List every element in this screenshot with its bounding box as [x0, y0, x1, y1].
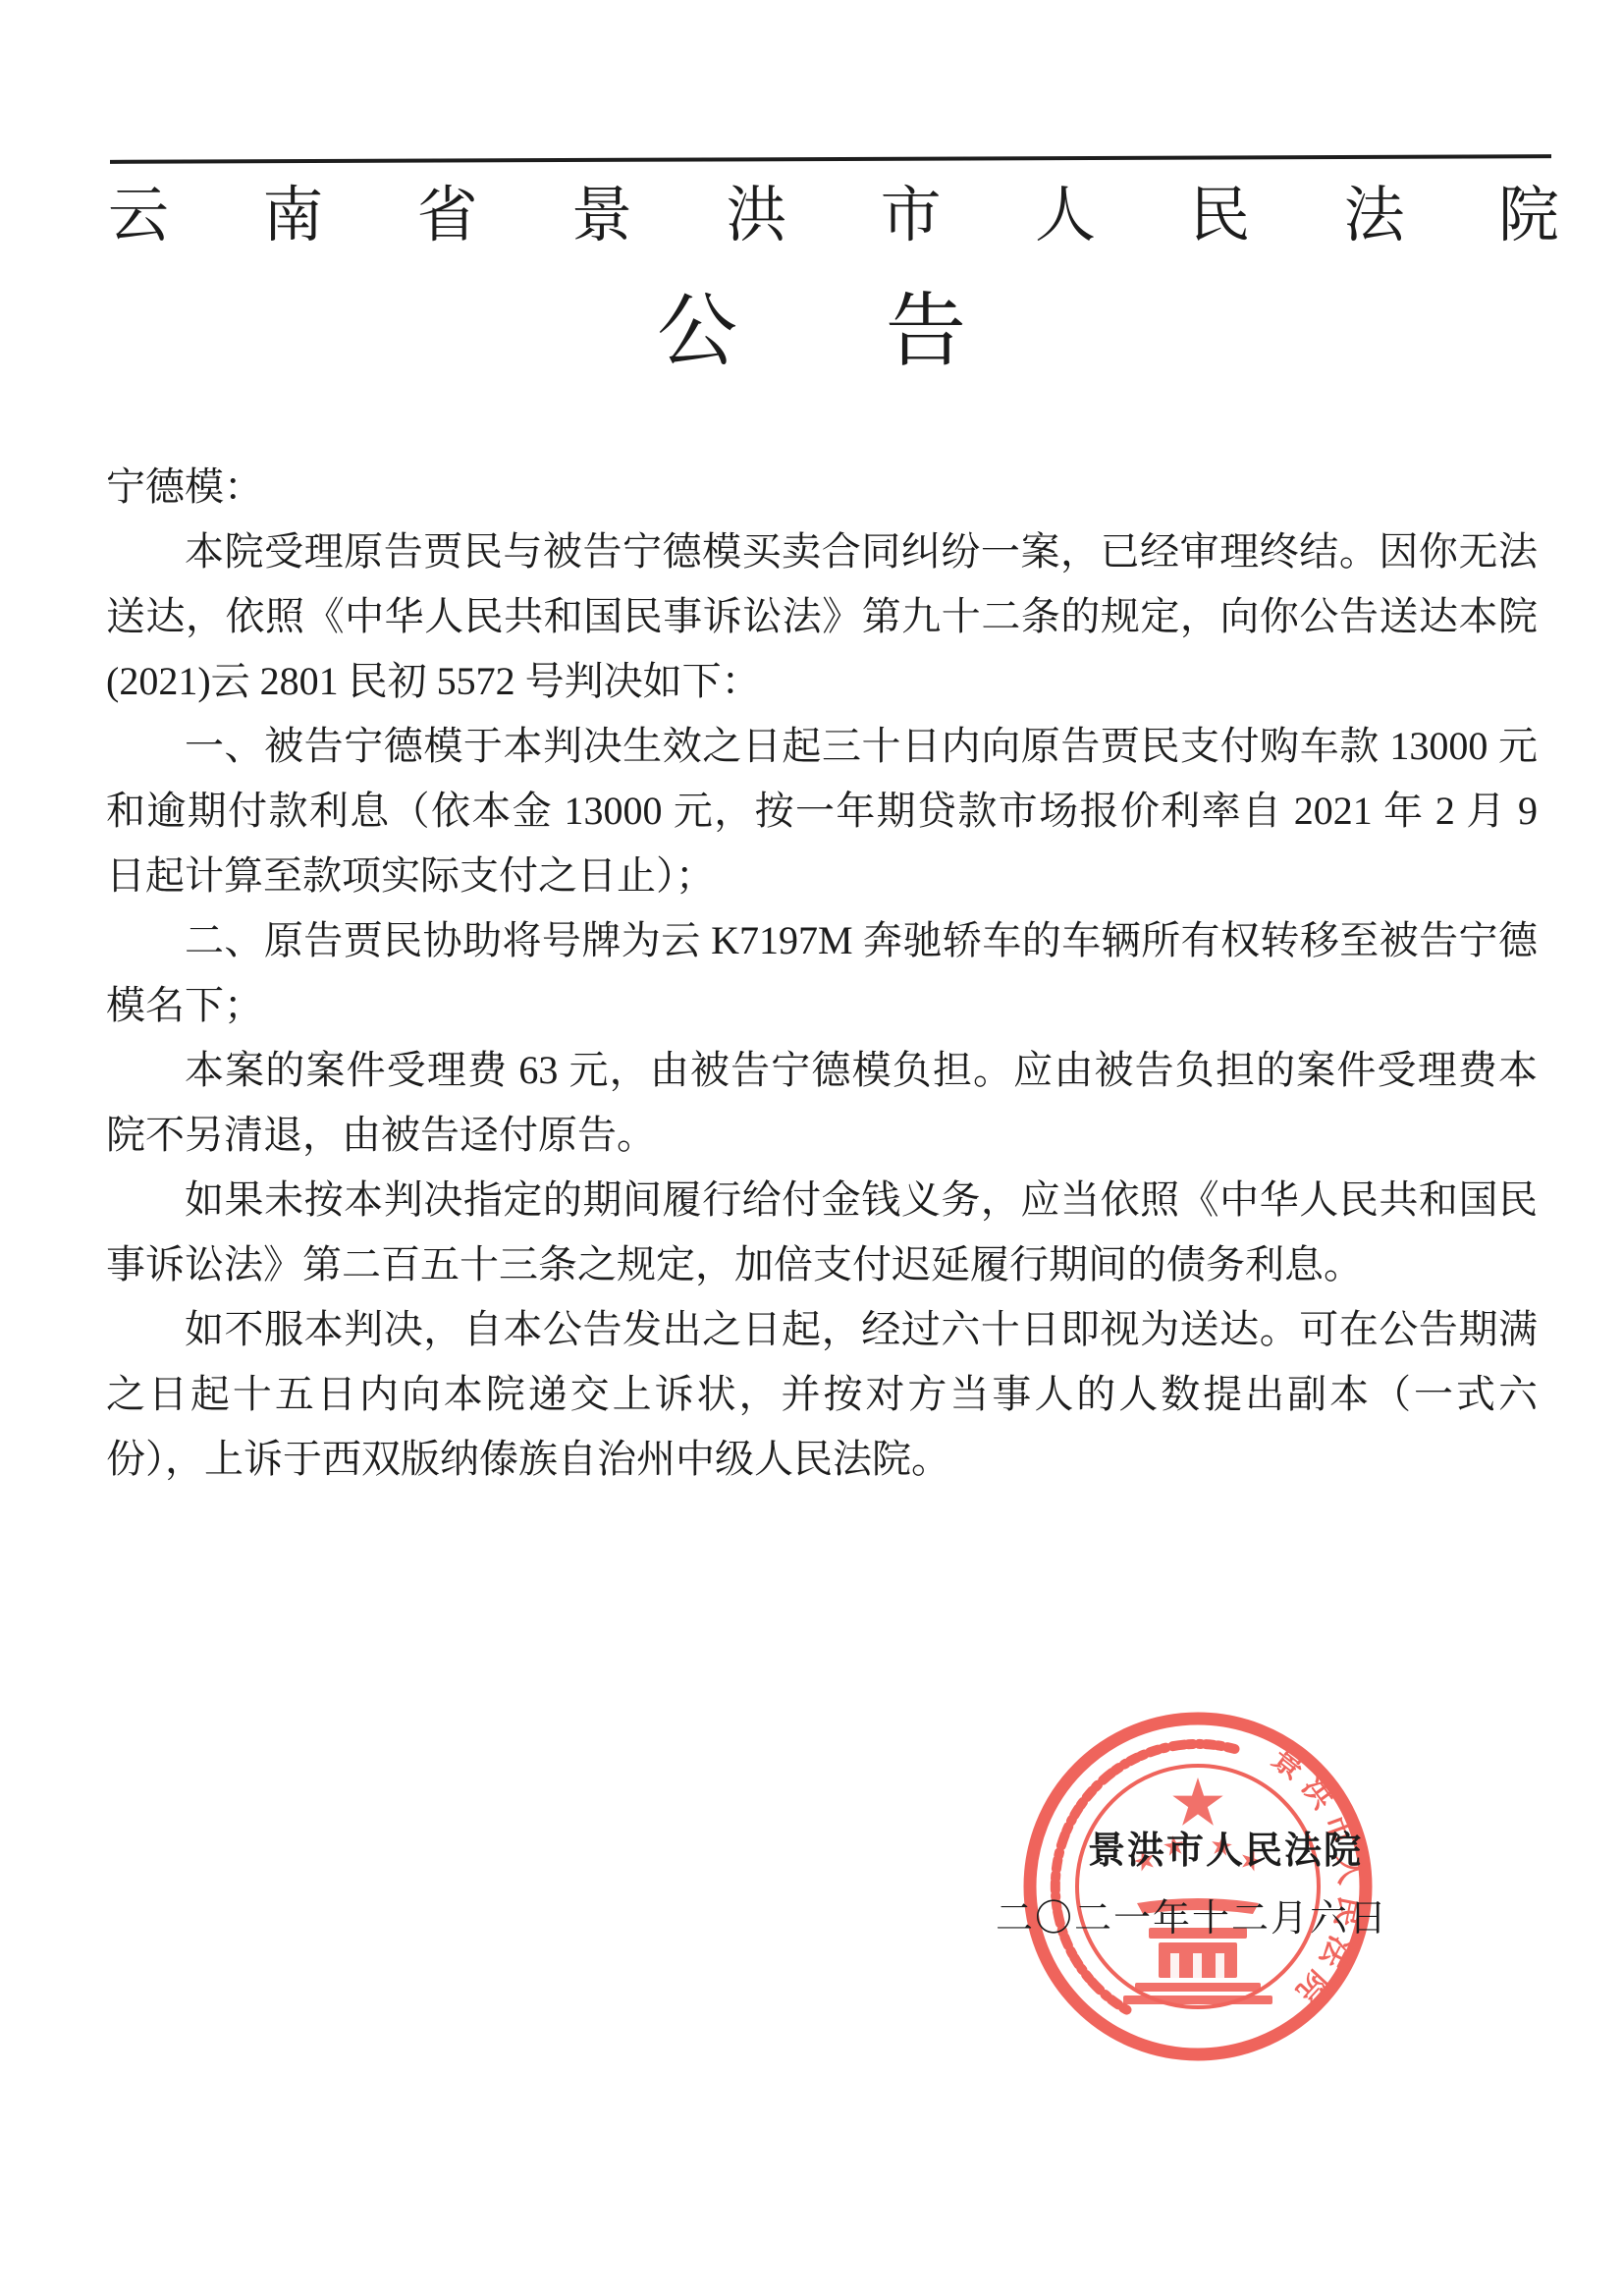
gate-door [1216, 1953, 1224, 1978]
court-announcement-page: 云南省景洪市人民法院 公 告 宁德模： 本院受理原告贾民与被告宁德模买卖合同纠纷… [0, 0, 1623, 2296]
page-title: 公 告 [0, 267, 1623, 382]
paragraph: 如果未按本判决指定的期间履行给付金钱义务，应当依照《中华人民共和国民事诉讼法》第… [106, 1168, 1538, 1297]
court-name-heading: 云南省景洪市人民法院 [108, 179, 1559, 255]
signature-court-name: 景洪市人民法院 [1088, 1820, 1363, 1874]
paragraph: 如不服本判决，自本公告发出之日起，经过六十日即视为送达。可在公告期满之日起十五日… [106, 1297, 1538, 1492]
paragraph: 二、原告贾民协助将号牌为云 K7197M 奔驰轿车的车辆所有权转移至被告宁德模名… [106, 908, 1538, 1038]
paragraph: 本案的案件受理费 63 元，由被告宁德模负担。应由被告负担的案件受理费本院不另清… [106, 1038, 1538, 1168]
signature-date: 二〇二一年十二月六日 [996, 1887, 1388, 1941]
gate-door [1170, 1953, 1179, 1978]
salutation: 宁德模： [106, 455, 1538, 519]
header-divider-rule [110, 154, 1551, 164]
paragraph: 一、被告宁德模于本判决生效之日起三十日内向原告贾民支付购车款 13000 元和逾… [106, 714, 1538, 908]
gate-platform-lower [1123, 1995, 1272, 2004]
gate-door [1193, 1953, 1202, 1978]
paragraph: 本院受理原告贾民与被告宁德模买卖合同纠纷一案，已经审理终结。因你无法送达，依照《… [106, 519, 1538, 714]
gate-platform-upper [1135, 1983, 1261, 1992]
court-seal: 景洪市人民法院 [1011, 1700, 1384, 2073]
document-body: 宁德模： 本院受理原告贾民与被告宁德模买卖合同纠纷一案，已经审理终结。因你无法送… [106, 455, 1538, 1492]
big-star-icon [1172, 1777, 1222, 1826]
